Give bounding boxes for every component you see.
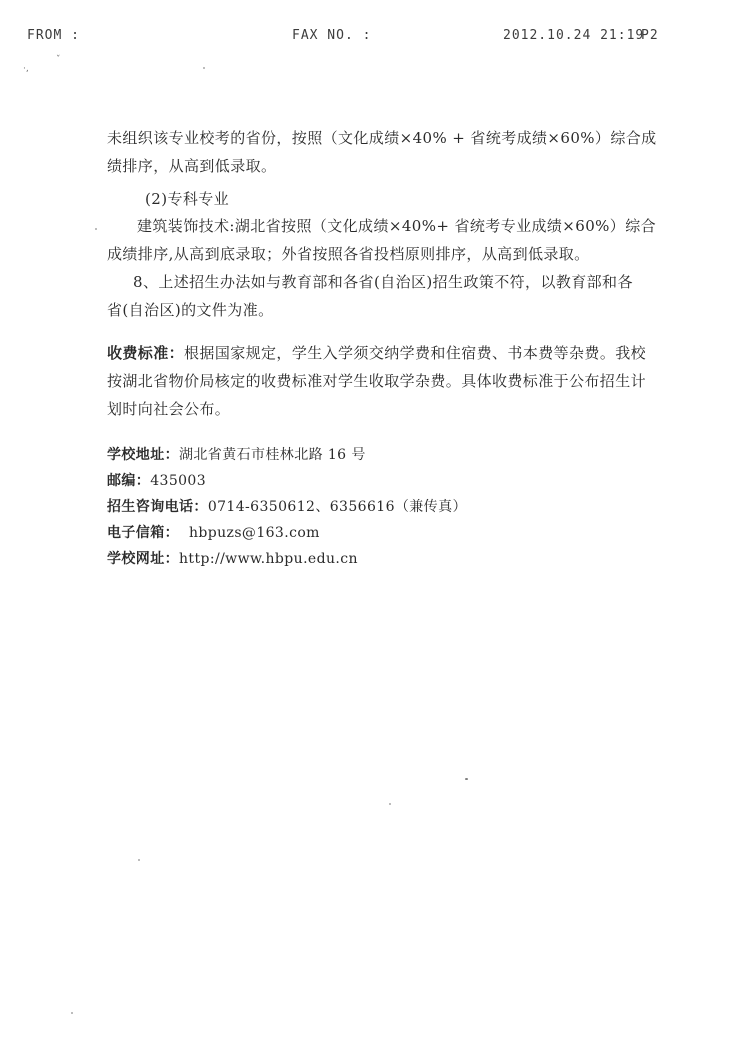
paragraph-line: 8、上述招生办法如与教育部和各省(自治区)招生政策不符，以教育部和各 — [107, 268, 652, 296]
fax-page-number: P2 — [641, 28, 659, 43]
website-label: 学校网址： — [107, 551, 179, 567]
heading-line: (2)专科专业 — [107, 185, 652, 213]
fax-timestamp: 2012.10.24 21:19 — [503, 28, 644, 43]
contact-address-line: 学校地址：湖北省黄石市桂林北路 16 号 — [107, 442, 652, 468]
website-value: http://www.hbpu.edu.cn — [179, 551, 358, 567]
paragraph-line: 建筑装饰技术:湖北省按照（文化成绩×40%+ 省统考专业成绩×60%）综合 — [107, 212, 652, 240]
paragraph-line: 收费标准：根据国家规定，学生入学须交纳学费和住宿费、书本费等杂费。我校 — [107, 339, 652, 367]
address-value: 湖北省黄石市桂林北路 16 号 — [179, 447, 366, 463]
paragraph-line: 绩排序，从高到低录取。 — [107, 152, 652, 180]
contact-zip-line: 邮编：435003 — [107, 468, 652, 494]
fees-label: 收费标准： — [107, 344, 184, 362]
scan-artifact — [465, 778, 468, 780]
paragraph-admission-overflow: 未组织该专业校考的省份，按照（文化成绩×40% + 省统考成绩×60%）综合成 … — [107, 124, 652, 180]
scan-artifact: ˇ — [56, 55, 61, 65]
paragraph-line: 成绩排序,从高到底录取；外省按照各省投档原则排序，从高到低录取。 — [107, 240, 652, 268]
section-heading-zhuanke: (2)专科专业 — [107, 185, 652, 213]
contact-phone-line: 招生咨询电话：0714-6350612、6356616（兼传真） — [107, 494, 652, 520]
scan-artifact — [203, 67, 205, 69]
phone-value: 0714-6350612、6356616（兼传真） — [208, 499, 467, 515]
paragraph-jianzhu: 建筑装饰技术:湖北省按照（文化成绩×40%+ 省统考专业成绩×60%）综合 成绩… — [107, 212, 652, 268]
fax-number-label: FAX NO. : — [292, 28, 371, 43]
paragraph-line: 未组织该专业校考的省份，按照（文化成绩×40% + 省统考成绩×60%）综合成 — [107, 124, 652, 152]
contact-website-line: 学校网址：http://www.hbpu.edu.cn — [107, 546, 652, 572]
email-value: hbpuzs@163.com — [189, 525, 320, 541]
fees-text: 根据国家规定，学生入学须交纳学费和住宿费、书本费等杂费。我校 — [184, 344, 646, 362]
paragraph-item8: 8、上述招生办法如与教育部和各省(自治区)招生政策不符，以教育部和各 省(自治区… — [107, 268, 652, 324]
paragraph-line: 按湖北省物价局核定的收费标准对学生收取学杂费。具体收费标准于公布招生计 — [107, 367, 652, 395]
scan-artifact: ·, — [23, 64, 29, 74]
scan-artifact — [138, 859, 140, 861]
paragraph-line: 省(自治区)的文件为准。 — [107, 296, 652, 324]
contact-email-line: 电子信箱：hbpuzs@163.com — [107, 520, 652, 546]
zip-value: 435003 — [150, 473, 206, 489]
address-label: 学校地址： — [107, 447, 179, 463]
scan-artifact — [95, 228, 97, 230]
phone-label: 招生咨询电话： — [107, 499, 208, 515]
zip-label: 邮编： — [107, 473, 150, 489]
fax-from-label: FROM : — [27, 28, 80, 43]
scan-artifact — [71, 1012, 73, 1014]
contact-block: 学校地址：湖北省黄石市桂林北路 16 号 邮编：435003 招生咨询电话：07… — [107, 442, 652, 572]
fax-document-page: FROM : FAX NO. : 2012.10.24 21:19 P2 未组织… — [0, 0, 744, 1053]
paragraph-line: 划时向社会公布。 — [107, 395, 652, 423]
email-label: 电子信箱： — [107, 525, 179, 541]
fax-header: FROM : FAX NO. : 2012.10.24 21:19 P2 — [0, 28, 744, 44]
paragraph-fees: 收费标准：根据国家规定，学生入学须交纳学费和住宿费、书本费等杂费。我校 按湖北省… — [107, 339, 652, 423]
scan-artifact — [389, 803, 391, 805]
